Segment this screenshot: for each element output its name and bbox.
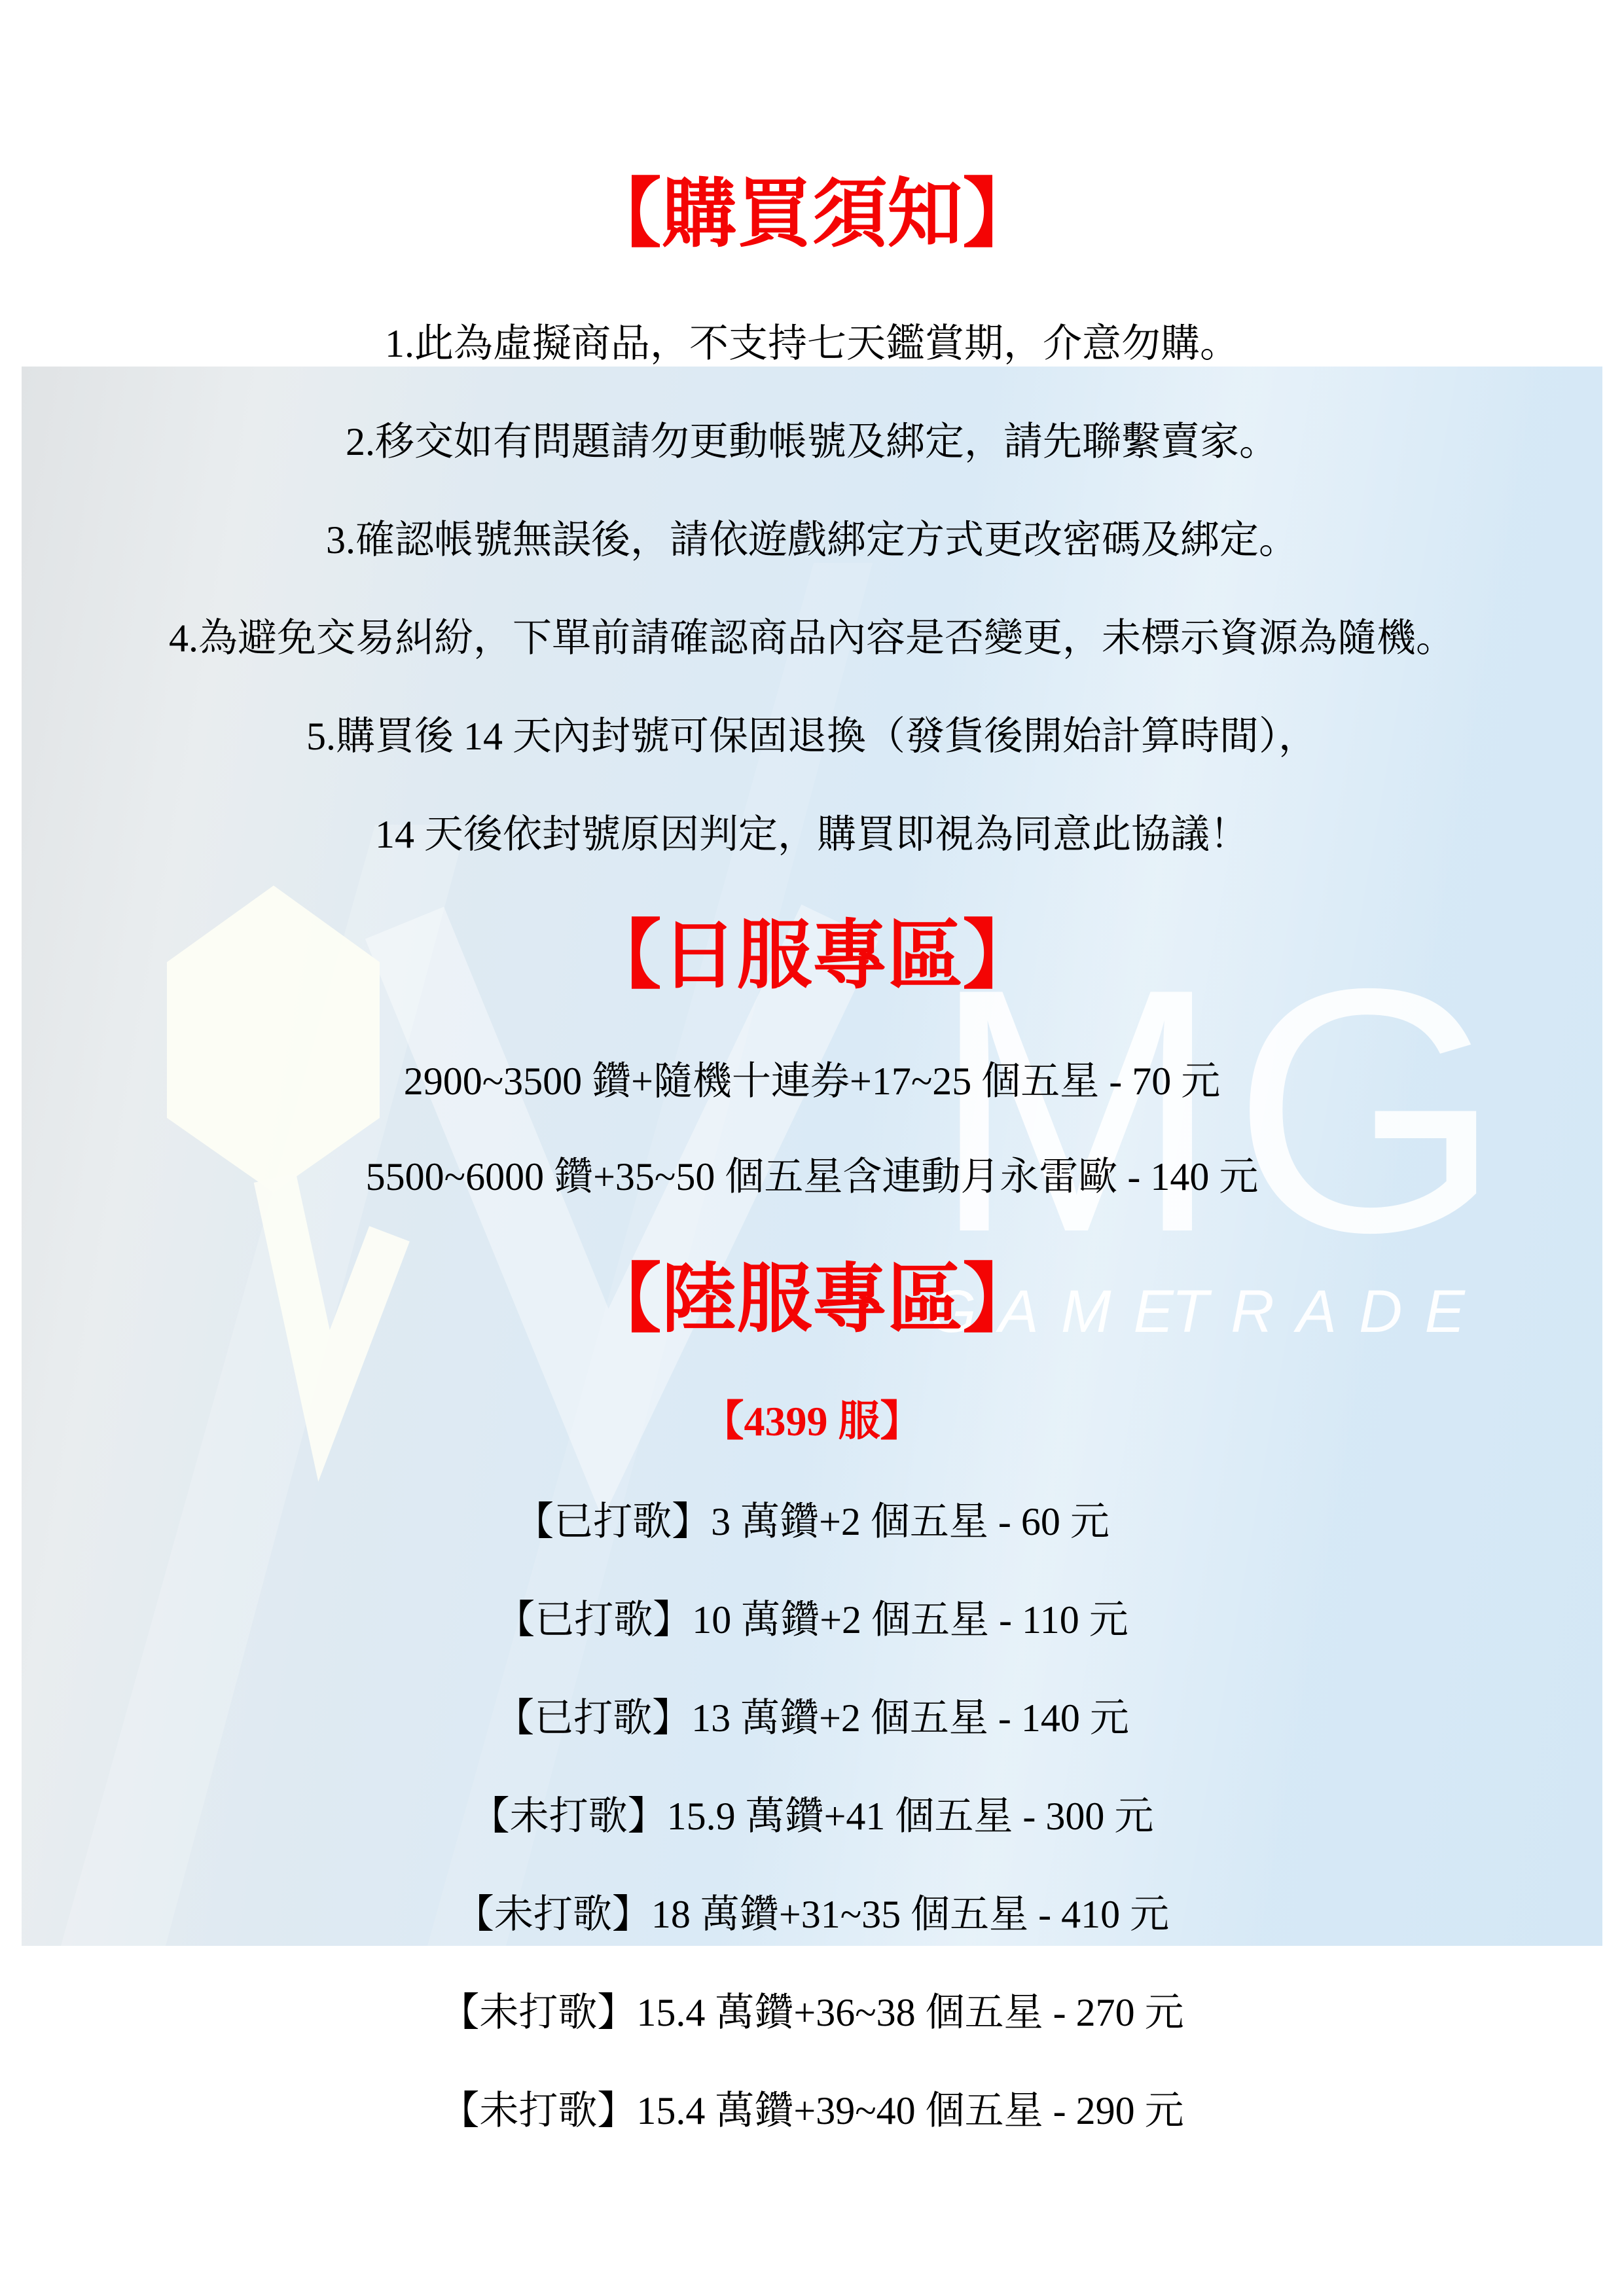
cn-price-item: 【已打歌】10 萬鑽+2 個五星 - 110 元 [0,1600,1624,1640]
cn-section-title: 【陸服專區】 [0,1262,1624,1337]
cn-price-item: 【未打歌】15.9 萬鑽+41 個五星 - 300 元 [0,1797,1624,1836]
notice-item: 4.為避免交易糾紛，下單前請確認商品內容是否變更，未標示資源為隨機。 [0,619,1624,658]
notice-item: 3.確認帳號無誤後，請依遊戲綁定方式更改密碼及綁定。 [0,520,1624,560]
cn-price-item: 【已打歌】3 萬鑽+2 個五星 - 60 元 [0,1502,1624,1541]
cn-section-subtitle: 【4399 服】 [0,1401,1624,1443]
notice-item: 5.購買後 14 天內封號可保固退換（發貨後開始計算時間）， [0,717,1624,756]
jp-price-item: 5500~6000 鑽+35~50 個五星含連動月永雷歐 - 140 元 [0,1157,1624,1196]
cn-price-item: 【未打歌】15.4 萬鑽+39~40 個五星 - 290 元 [0,2091,1624,2130]
notice-item: 14 天後依封號原因判定，購買即視為同意此協議！ [0,815,1624,854]
page: { "notice": { "title": "【購買須知】", "items"… [0,0,1624,2296]
jp-section-title: 【日服專區】 [0,918,1624,994]
jp-price-item: 2900~3500 鑽+隨機十連券+17~25 個五星 - 70 元 [0,1062,1624,1101]
cn-price-item: 【未打歌】15.4 萬鑽+36~38 個五星 - 270 元 [0,1993,1624,2032]
cn-price-item: 【未打歌】18 萬鑽+31~35 個五星 - 410 元 [0,1895,1624,1934]
notice-title: 【購買須知】 [0,177,1624,252]
cn-price-item: 【已打歌】13 萬鑽+2 個五星 - 140 元 [0,1698,1624,1738]
notice-item: 2.移交如有問題請勿更動帳號及綁定，請先聯繫賣家。 [0,422,1624,461]
notice-item: 1.此為虛擬商品，不支持七天鑑賞期，介意勿購。 [0,324,1624,363]
